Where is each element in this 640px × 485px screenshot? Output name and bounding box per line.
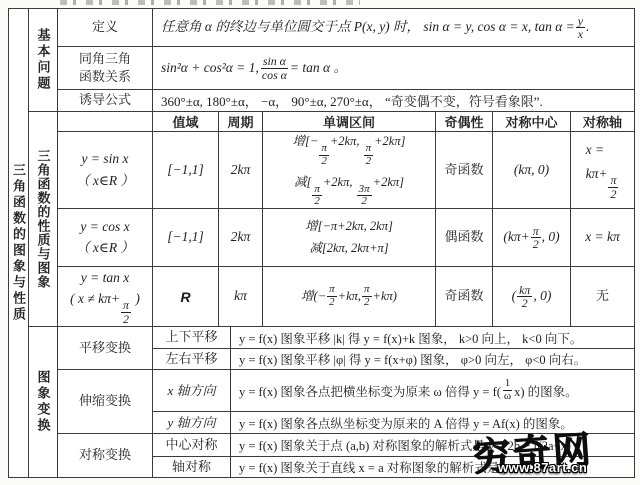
group-scaling-name: 伸缩变换 — [58, 370, 153, 434]
tan-range: R — [153, 267, 219, 327]
row-induction-name: 诱导公式 — [58, 90, 153, 112]
cos-period: 2kπ — [219, 209, 263, 267]
row-definition-content: 任意角 α 的终边与单位圆交于点 P(x, y) 时， sin α = y, c… — [153, 9, 634, 47]
cos-func: y = cos x （ x∈R ） — [58, 209, 153, 267]
sin-monotonic: 增[−π2+2kπ, π2+2kπ] 减[π2+2kπ, 3π2+2kπ] — [263, 132, 436, 209]
row-identities-name: 同角三角 函数关系 — [58, 47, 153, 90]
sin-parity: 奇函数 — [436, 132, 493, 209]
sub-axis-symmetry: 轴对称 — [153, 457, 231, 477]
section-properties-label: 三角函数的性质与图象 — [29, 112, 58, 327]
row-identities: 同角三角 函数关系 sin²α + cos²α = 1, sin αcos α … — [58, 47, 634, 90]
cos-range: [−1,1] — [153, 209, 219, 267]
tan-axis: 无 — [571, 267, 634, 327]
section-transform: 图象变换 平移变换 上下平移 y = f(x) 图象平移 |k| 得 y = f… — [29, 327, 634, 477]
tan-monotonic: 增(−π2+kπ, π2+kπ) — [263, 267, 436, 327]
tan-parity: 奇函数 — [436, 267, 493, 327]
sub-center-symmetry: 中心对称 — [153, 434, 231, 457]
cos-axis: x = kπ — [571, 209, 634, 267]
sub-y-axis-content: y = f(x) 图象各点纵坐标变为原来的 A 倍得 y = Af(x) 的图象… — [231, 412, 634, 434]
header-sym-center: 对称中心 — [493, 112, 571, 132]
sin-period: 2kπ — [219, 132, 263, 209]
header-sym-axis: 对称轴 — [571, 112, 634, 132]
section-basic-label: 基本问题 — [29, 9, 58, 112]
header-monotonic: 单调区间 — [263, 112, 436, 132]
sub-x-axis-content: y = f(x) 图象各点把横坐标变为原来 ω 倍得 y = f(1ωx) 的图… — [231, 370, 634, 412]
sub-center-symmetry-content: y = f(x) 图象关于点 (a,b) 对称图象的解析式是 y = 2b − … — [231, 434, 634, 457]
tan-center: (kπ2, 0) — [493, 267, 571, 327]
row-identities-content: sin²α + cos²α = 1, sin αcos α = tan α 。 — [153, 47, 634, 90]
row-tan: y = tan x ( x ≠ kπ+π2 ) R kπ 增(−π2+kπ, π… — [58, 267, 634, 327]
section-transform-label: 图象变换 — [29, 327, 58, 477]
sub-vertical-shift: 上下平移 — [153, 327, 231, 349]
section-basic: 基本问题 定义 任意角 α 的终边与单位圆交于点 P(x, y) 时， sin … — [29, 9, 634, 112]
sub-axis-symmetry-content: y = f(x) 图象关于直线 x = a 对称图象的解析式是 y = f(2a… — [231, 457, 634, 477]
row-definition: 定义 任意角 α 的终边与单位圆交于点 P(x, y) 时， sin α = y… — [58, 9, 634, 47]
sub-horizontal-shift-content: y = f(x) 图象平移 |φ| 得 y = f(x+φ) 图象， φ>0 向… — [231, 349, 634, 370]
section-properties: 三角函数的性质与图象 值域 周期 单调区间 奇偶性 对称中心 对称轴 y = — [29, 112, 634, 327]
header-range: 值域 — [153, 112, 219, 132]
sub-x-axis: x 轴方向 — [153, 370, 231, 412]
cos-center: (kπ+π2, 0) — [493, 209, 571, 267]
row-induction: 诱导公式 360°±α, 180°±α， −α， 90°±α, 270°±α， … — [58, 90, 634, 112]
row-cos: y = cos x （ x∈R ） [−1,1] 2kπ 增[−π+2kπ, 2… — [58, 209, 634, 267]
group-symmetry: 对称变换 中心对称 y = f(x) 图象关于点 (a,b) 对称图象的解析式是… — [58, 434, 634, 477]
sin-range: [−1,1] — [153, 132, 219, 209]
sin-center: (kπ, 0) — [493, 132, 571, 209]
header-empty — [58, 112, 153, 132]
group-translation-name: 平移变换 — [58, 327, 153, 370]
properties-header-row: 值域 周期 单调区间 奇偶性 对称中心 对称轴 — [58, 112, 634, 132]
header-parity: 奇偶性 — [436, 112, 493, 132]
cos-monotonic: 增[−π+2kπ, 2kπ] 减[2kπ, 2kπ+π] — [263, 209, 436, 267]
sub-vertical-shift-content: y = f(x) 图象平移 |k| 得 y = f(x)+k 图象， k>0 向… — [231, 327, 634, 349]
sub-y-axis: y 轴方向 — [153, 412, 231, 434]
row-definition-name: 定义 — [58, 9, 153, 47]
row-induction-content: 360°±α, 180°±α， −α， 90°±α, 270°±α， “奇变偶不… — [153, 90, 634, 112]
group-scaling: 伸缩变换 x 轴方向 y = f(x) 图象各点把横坐标变为原来 ω 倍得 y … — [58, 370, 634, 434]
sin-func: y = sin x （ x∈R ） — [58, 132, 153, 209]
sin-axis: x = kπ+π2 — [571, 132, 634, 209]
root-label-vertical: 三角函数的图象与性质 — [9, 9, 29, 477]
tan-func: y = tan x ( x ≠ kπ+π2 ) — [58, 267, 153, 327]
group-translation: 平移变换 上下平移 y = f(x) 图象平移 |k| 得 y = f(x)+k… — [58, 327, 634, 370]
header-period: 周期 — [219, 112, 263, 132]
cropped-page-title-fragment — [60, 0, 360, 5]
row-sin: y = sin x （ x∈R ） [−1,1] 2kπ 增[−π2+2kπ, … — [58, 132, 634, 209]
trig-summary-table: 三角函数的图象与性质 基本问题 定义 任意角 α 的终边与单位圆交于点 P(x,… — [8, 8, 635, 478]
sub-horizontal-shift: 左右平移 — [153, 349, 231, 370]
group-symmetry-name: 对称变换 — [58, 434, 153, 477]
tan-period: kπ — [219, 267, 263, 327]
cos-parity: 偶函数 — [436, 209, 493, 267]
